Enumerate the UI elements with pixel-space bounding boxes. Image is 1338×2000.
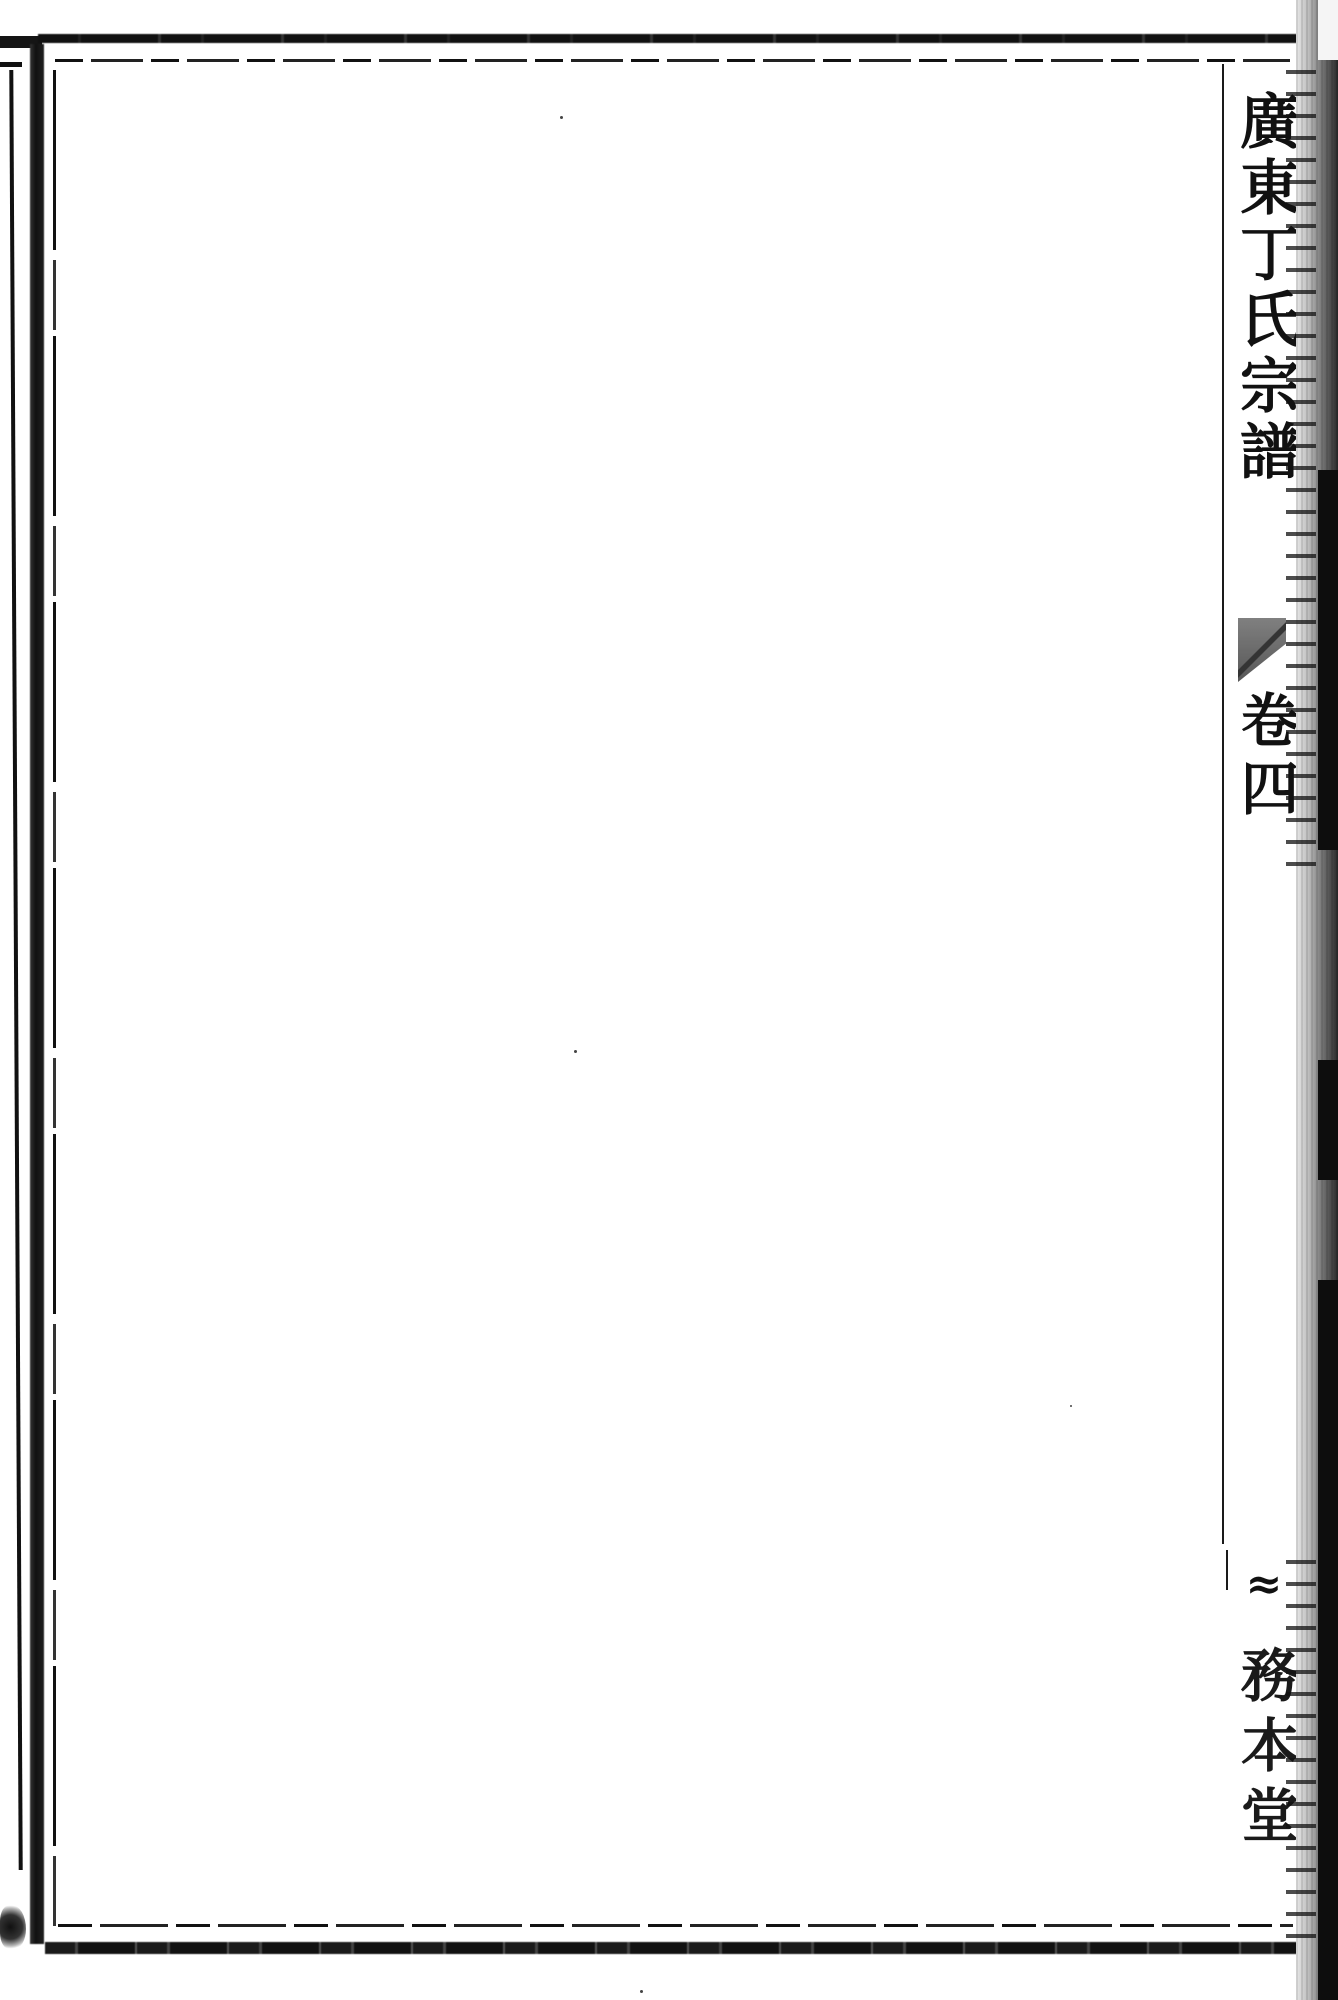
frame-bottom-thin-rule [58,1924,1293,1927]
frame-left-thick-rule [30,44,44,1944]
ink-speck [1070,1405,1072,1407]
bleed-through-strokes-lower [1286,1560,1316,1940]
blank-body-area [60,66,1218,1920]
ink-smudge [0,1905,26,1949]
frame-right-inner-rule-lower [1226,1550,1228,1590]
black-fishtail-divider-icon [1238,618,1286,682]
ink-speck [574,1050,577,1053]
frame-left-outer-rule [9,70,22,1870]
frame-left-thin-rule [53,70,56,1930]
ink-speck [640,1990,643,1993]
ink-speck [560,116,563,119]
spine-dark-band-1 [1318,470,1338,850]
frame-bottom-thick-rule [45,1942,1300,1954]
bleed-through-strokes-upper [1286,70,1316,870]
frame-top-thin-rule [55,59,1290,62]
frame-top-thick-rule [38,34,1298,43]
fishtail-wave-mark: ≈ [1236,1578,1292,1622]
frame-left-corner-tick [0,62,22,67]
scanned-page: 廣東丁氏宗譜 卷四 ≈ 務本堂 [0,0,1338,2000]
spine-dark-band-2 [1318,1060,1338,1180]
frame-right-inner-rule [1222,64,1224,1544]
spine-highlight-top [1318,0,1338,60]
spine-dark-band-3 [1318,1280,1338,2000]
